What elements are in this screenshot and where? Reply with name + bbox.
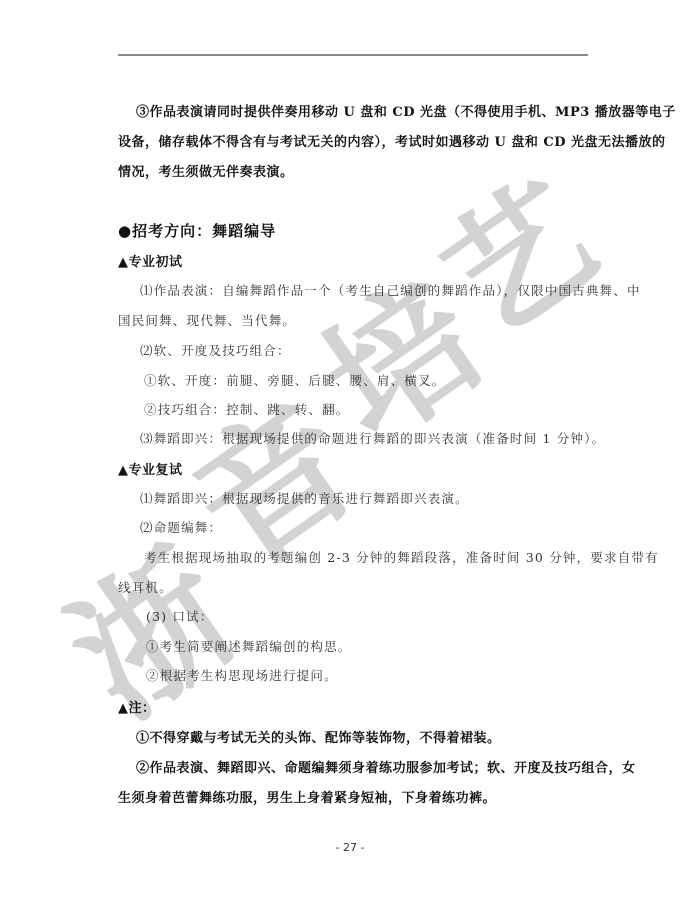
retest-line: 线耳机。 xyxy=(118,578,173,596)
preliminary-line: ⑶舞蹈即兴：根据现场提供的命题进行舞蹈的即兴表演（准备时间 1 分钟）。 xyxy=(140,429,605,447)
notes-line: ②作品表演、舞蹈即兴、命题编舞须身着练功服参加考试；软、开度及技巧组合，女 xyxy=(136,757,636,776)
retest-line: ⑴舞蹈即兴：根据现场提供的音乐进行舞蹈即兴表演。 xyxy=(140,489,469,507)
subsection-heading-preliminary: ▲专业初试 xyxy=(118,251,183,270)
notes-line: ①不得穿戴与考试无关的头饰、配饰等装饰物，不得着裙装。 xyxy=(136,727,501,746)
note-line: 设备，储存载体不得含有与考试无关的内容），考试时如遇移动 U 盘和 CD 光盘无… xyxy=(118,131,666,150)
preliminary-line: ⑵软、开度及技巧组合： xyxy=(140,341,291,359)
preliminary-line: ⑴作品表演：自编舞蹈作品一个（考生自己编创的舞蹈作品），仅限中国古典舞、中 xyxy=(140,281,641,299)
retest-line: (3) 口试： xyxy=(146,607,214,625)
preliminary-line: ①软、开度：前腿、旁腿、后腿、腰、肩、横叉。 xyxy=(144,371,445,389)
retest-line: 考生根据现场抽取的考题编创 2-3 分钟的舞蹈段落，准备时间 30 分钟，要求自… xyxy=(144,548,659,566)
note-line: 情况，考生须做无伴奏表演。 xyxy=(118,161,294,180)
note-line: ③作品表演请同时提供伴奏用移动 U 盘和 CD 光盘（不得使用手机、MP3 播放… xyxy=(136,101,676,120)
retest-line: ⑵命题编舞： xyxy=(140,518,222,536)
document-page: 浙 音 培 艺 ③作品表演请同时提供伴奏用移动 U 盘和 CD 光盘（不得使用手… xyxy=(0,0,700,905)
section-title: ●招考方向：舞蹈编导 xyxy=(118,220,276,241)
document-body: ③作品表演请同时提供伴奏用移动 U 盘和 CD 光盘（不得使用手机、MP3 播放… xyxy=(0,0,700,905)
subsection-heading-retest: ▲专业复试 xyxy=(118,459,183,478)
preliminary-line: 国民间舞、现代舞、当代舞。 xyxy=(118,311,296,329)
retest-line: ②根据考生构思现场进行提问。 xyxy=(146,666,338,684)
retest-line: ①考生简要阐述舞蹈编创的构思。 xyxy=(146,637,352,655)
notes-line: 生须身着芭蕾舞练功服，男生上身着紧身短袖，下身着练功裤。 xyxy=(118,787,496,806)
subsection-heading-notes: ▲注： xyxy=(118,697,156,716)
preliminary-line: ②技巧组合：控制、跳、转、翻。 xyxy=(144,400,350,418)
